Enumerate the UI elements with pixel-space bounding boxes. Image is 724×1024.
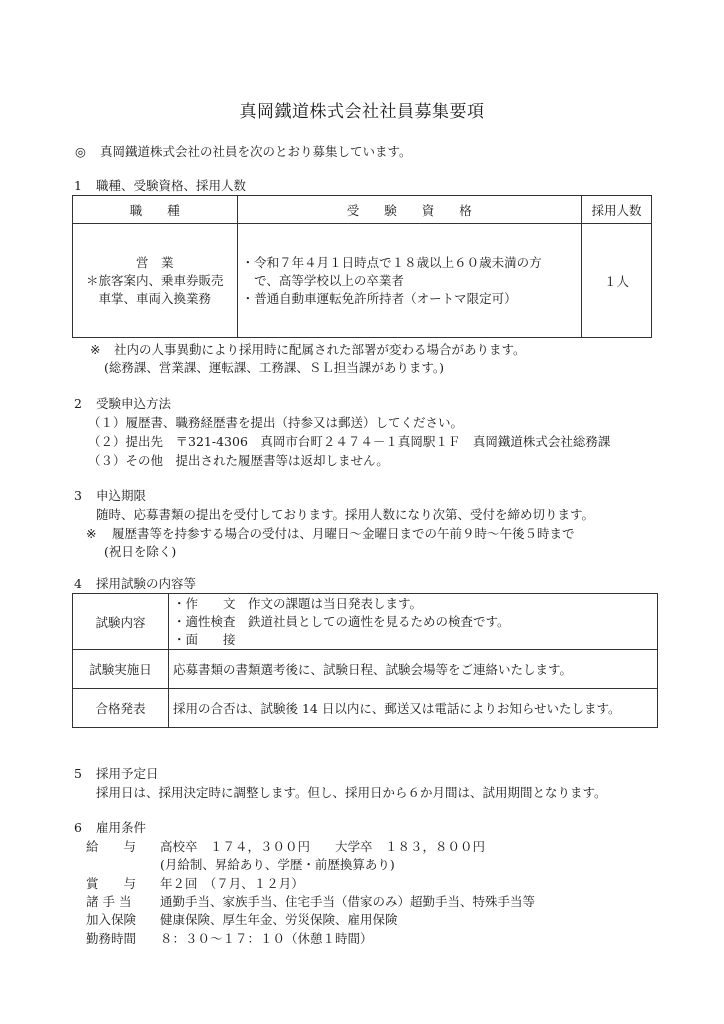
section1-number: 1 xyxy=(74,180,82,193)
job-qualification-table: 職 種 受 験 資 格 採用人数 営 業 ＊旅客案内、乗車券販売 車掌、車両入換… xyxy=(72,195,652,338)
section1-note: 社内の人事異動により採用時に配属された部署が変わる場合があります。 xyxy=(114,344,526,357)
intro-mark: ◎ xyxy=(75,146,86,159)
job-type-line: ＊旅客案内、乗車券販売 xyxy=(73,272,237,290)
salary-note: (月給制、昇給あり、学歴・前歴換算あり) xyxy=(160,859,395,872)
intro-text: 真岡鐵道株式会社の社員を次のとおり募集しています。 xyxy=(100,146,412,159)
section3-note: 履歴書等を持参する場合の受付は、月曜日～金曜日までの午前９時～午後５時まで xyxy=(112,528,575,541)
insurance-value: 健康保険、厚生年金、労災保険、雇用保険 xyxy=(160,914,398,927)
section6-heading: 雇用条件 xyxy=(96,822,146,835)
header-job-type: 職 種 xyxy=(73,196,238,224)
header-qualification: 受 験 資 格 xyxy=(237,196,581,224)
bonus-label: 賞 与 xyxy=(86,878,136,891)
qualification-line: で、高等学校以上の卒業者 xyxy=(242,272,581,290)
exam-content-line: ・面 接 xyxy=(173,631,657,649)
insurance-label: 加入保険 xyxy=(86,914,136,927)
header-hire-count: 採用人数 xyxy=(581,196,651,224)
result-announcement-cell: 採用の合否は、試験後 14 日以内に、郵送又は電話によりお知らせいたします。 xyxy=(169,689,658,728)
section6-number: 6 xyxy=(74,822,82,835)
section4-number: 4 xyxy=(74,578,82,591)
qualification-line: ・普通自動車運転免許所持者（オートマ限定可） xyxy=(242,290,581,308)
exam-content-line: ・適性検査 鉄道社員としての適性を見るための検査です。 xyxy=(173,613,657,631)
exam-date-label: 試験実施日 xyxy=(73,650,169,689)
section3-note-sub: (祝日を除く) xyxy=(104,546,176,559)
section3-number: 3 xyxy=(74,490,82,503)
exam-date-cell: 応募書類の書類選考後に、試験日程、試験会場等をご連絡いたします。 xyxy=(169,650,658,689)
section2-item-1: （１）履歴書、職務経歴書を提出（持参又は郵送）してください。 xyxy=(88,417,463,430)
exam-content-line: ・作 文 作文の課題は当日発表します。 xyxy=(173,595,657,613)
exam-details-table: 試験内容 ・作 文 作文の課題は当日発表します。 ・適性検査 鉄道社員としての適… xyxy=(72,593,658,728)
section4-heading: 採用試験の内容等 xyxy=(96,578,196,591)
bonus-value: 年２回 （７月、１２月） xyxy=(160,878,304,891)
result-announcement-label: 合格発表 xyxy=(73,689,169,728)
section1-note-sub: (総務課、営業課、運転課、工務課、ＳＬ担当課があります。) xyxy=(104,362,444,375)
working-hours-label: 勤務時間 xyxy=(86,933,136,946)
section5-number: 5 xyxy=(74,768,82,781)
exam-content-cell: ・作 文 作文の課題は当日発表します。 ・適性検査 鉄道社員としての適性を見るた… xyxy=(169,594,658,650)
job-type-line: 車掌、車両入換業務 xyxy=(73,290,237,308)
salary-value: 高校卒 １７４，３００円 大学卒 １８３，８００円 xyxy=(160,841,485,854)
qualification-cell: ・令和７年４月１日時点で１８歳以上６０歳未満の方 で、高等学校以上の卒業者 ・普… xyxy=(237,224,581,338)
working-hours-value: ８：３０～１７：１０（休憩１時間） xyxy=(160,933,373,946)
salary-label: 給 与 xyxy=(86,841,136,854)
job-type-cell: 営 業 ＊旅客案内、乗車券販売 車掌、車両入換業務 xyxy=(73,224,238,338)
section2-item-3: （３）その他 提出された履歴書等は返却しません。 xyxy=(88,455,389,468)
section2-item-2: （２）提出先 〒321-4306 真岡市台町２４７４－１真岡駅１Ｆ 真岡鐵道株式… xyxy=(88,436,610,449)
allowances-label: 諸 手 当 xyxy=(86,896,131,909)
exam-content-label: 試験内容 xyxy=(73,594,169,650)
section1-heading: 職種、受験資格、採用人数 xyxy=(96,180,246,193)
allowances-value: 通勤手当、家族手当、住宅手当（借家のみ）超勤手当、特殊手当等 xyxy=(160,896,535,909)
section2-heading: 受験申込方法 xyxy=(96,398,171,411)
document-title: 真岡鐵道株式会社社員募集要項 xyxy=(0,104,724,121)
hire-count-cell: １人 xyxy=(581,224,651,338)
section3-note-mark: ※ xyxy=(86,528,96,541)
section5-body: 採用日は、採用決定時に調整します。但し、採用日から６か月間は、試用期間となります… xyxy=(96,787,607,800)
job-type-line: 営 業 xyxy=(73,254,237,272)
section2-number: 2 xyxy=(74,398,82,411)
section1-note-mark: ※ xyxy=(90,344,100,357)
section5-heading: 採用予定日 xyxy=(96,768,159,781)
qualification-line: ・令和７年４月１日時点で１８歳以上６０歳未満の方 xyxy=(242,254,581,272)
section3-heading: 申込期限 xyxy=(96,490,146,503)
section3-body: 随時、応募書類の提出を受付しております。採用人数になり次第、受付を締め切ります。 xyxy=(96,509,594,522)
